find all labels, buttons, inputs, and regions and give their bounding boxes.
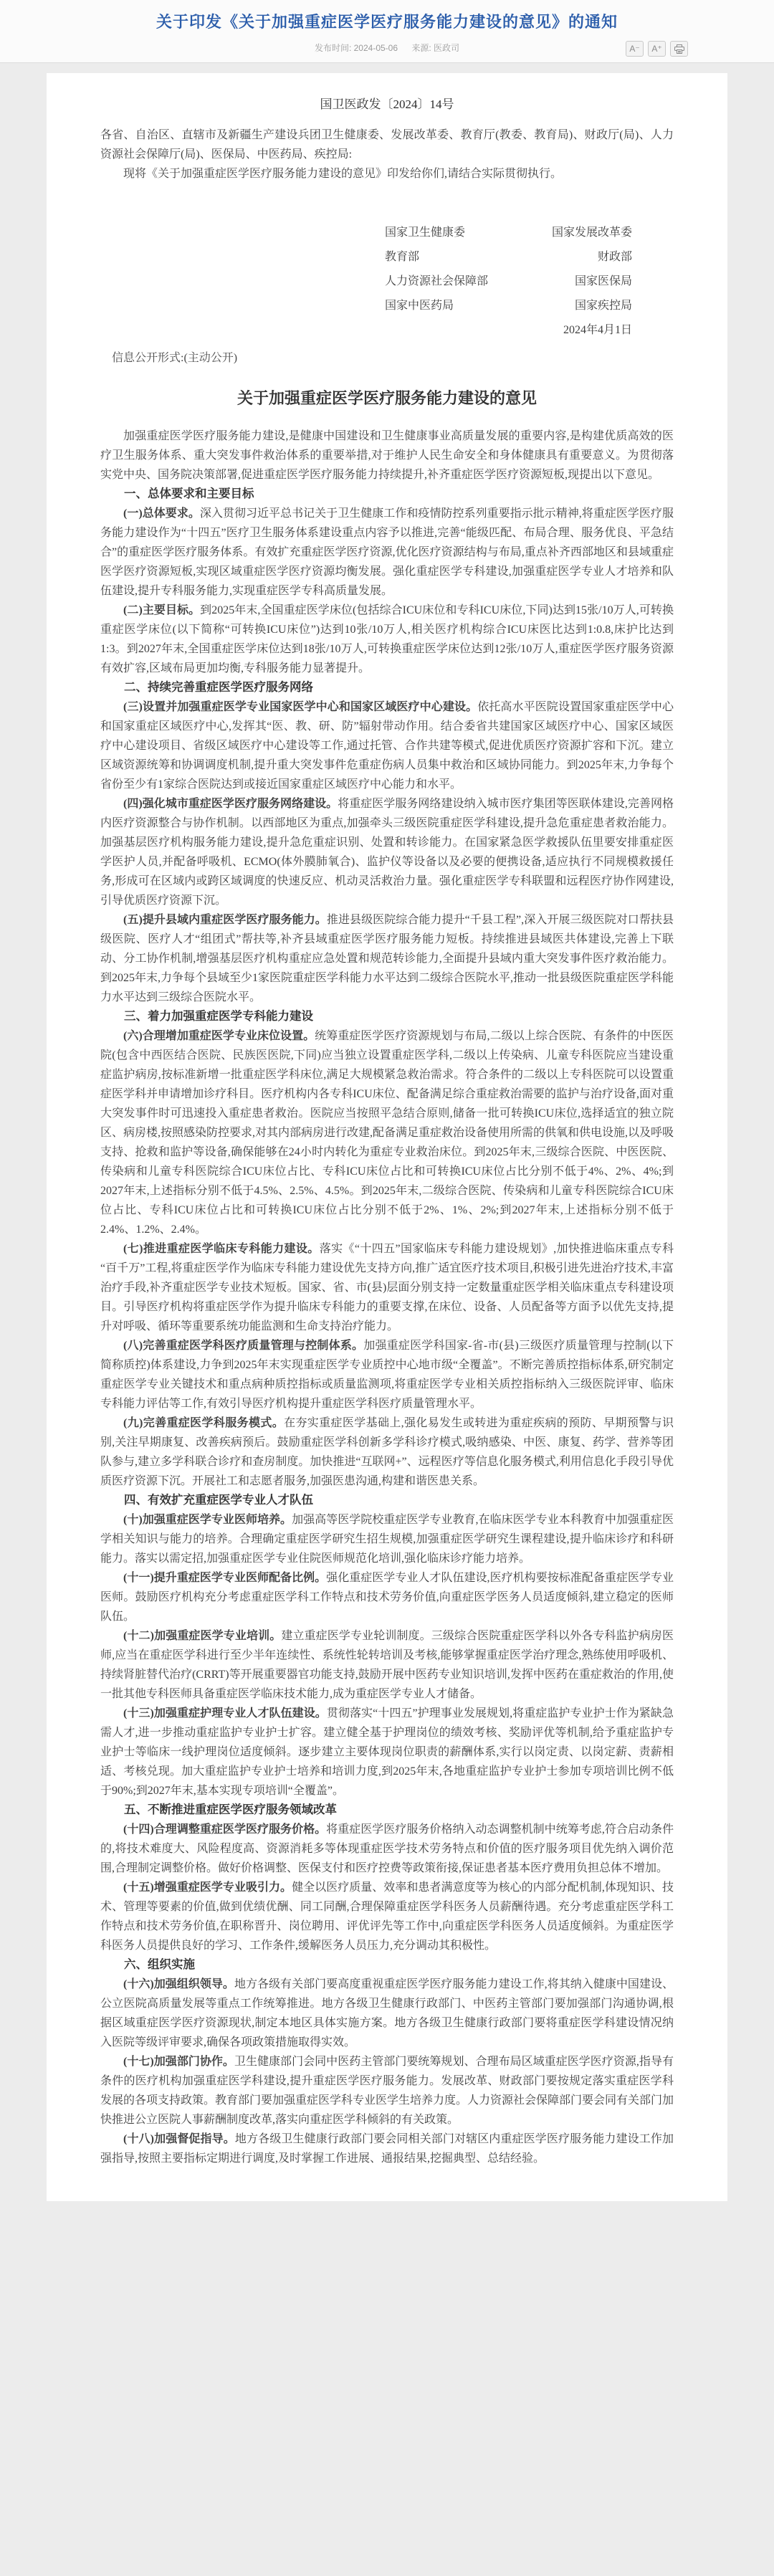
opinion-paragraph: (三)设置并加强重症医学专业国家医学中心和国家区域医疗中心建设。依托高水平医院设… (100, 697, 674, 794)
paragraph-lead: (十七)加强部门协作。 (123, 2056, 234, 2068)
section-heading: 一、总体要求和主要目标 (100, 485, 674, 504)
signature-block: 国家卫生健康委 国家发展改革委 教育部 财政部 人力资源社会保障部 国家医保局 … (385, 221, 632, 343)
signer: 国家中医药局 (385, 294, 454, 318)
paragraph-text: 贯彻落实“十四五”护理事业发展规划,将重症监护专业护士作为紧缺急需人才,进一步推… (100, 1707, 674, 1797)
paragraph-lead: (四)强化城市重症医学医疗服务网络建设。 (123, 798, 338, 810)
opinion-paragraph: (十二)加强重症医学专业培训。建立重症医学专业轮训制度。三级综合医院重症医学科以… (100, 1626, 674, 1704)
paragraph-lead: (九)完善重症医学科服务模式。 (123, 1417, 284, 1429)
opinion-paragraph: (四)强化城市重症医学医疗服务网络建设。将重症医学服务网络建设纳入城市医疗集团等… (100, 794, 674, 910)
opinion-paragraph: (十五)增强重症医学专业吸引力。健全以医疗质量、效率和患者满意度等为核心的内部分… (100, 1878, 674, 1955)
section-heading: 三、着力加强重症医学专科能力建设 (100, 1007, 674, 1026)
source-value: 医政司 (434, 43, 459, 53)
paragraph-lead: (十三)加强重症护理专业人才队伍建设。 (123, 1707, 327, 1719)
signer-row: 教育部 财政部 (385, 245, 632, 269)
opinion-paragraph: (十八)加强督促指导。地方各级卫生健康行政部门要会同相关部门对辖区内重症医学医疗… (100, 2129, 674, 2168)
opinion-intro: 加强重症医学医疗服务能力建设,是健康中国建设和卫生健康事业高质量发展的重要内容,… (100, 426, 674, 485)
paragraph-lead: (十八)加强督促指导。 (123, 2133, 235, 2145)
notice-body: 现将《关于加强重症医学医疗服务能力建设的意见》印发给你们,请结合实际贯彻执行。 (100, 164, 674, 183)
paragraph-text: 统筹重症医学医疗资源规划与布局,二级以上综合医院、有条件的中医医院(包含中西医结… (100, 1030, 674, 1236)
paragraph-text: 推进县级医院综合能力提升“千县工程”,深入开展三级医院对口帮扶县级医院、医疗人才… (100, 914, 674, 1003)
opinion-paragraph: (七)推进重症医学临床专科能力建设。落实《“十四五”国家临床专科能力建设规划》,… (100, 1239, 674, 1336)
salutation: 各省、自治区、直辖市及新疆生产建设兵团卫生健康委、发展改革委、教育厅(教委、教育… (100, 125, 674, 164)
paragraph-lead: (二)主要目标。 (123, 604, 200, 616)
print-button[interactable] (670, 41, 688, 57)
page-title: 关于印发《关于加强重症医学医疗服务能力建设的意见》的通知 (0, 11, 774, 33)
opinion-paragraph: (十)加强重症医学专业医师培养。加强高等医学院校重症医学专业教育,在临床医学专业… (100, 1510, 674, 1568)
opinion-paragraph: (十一)提升重症医学专业医师配备比例。强化重症医学专业人才队伍建设,医疗机构要按… (100, 1568, 674, 1626)
signer: 国家卫生健康委 (385, 221, 465, 245)
section-heading: 四、有效扩充重症医学专业人才队伍 (100, 1491, 674, 1510)
publish-time: 发布时间: 2024-05-06 (315, 43, 398, 53)
document-panel: 国卫医政发〔2024〕14号 各省、自治区、直辖市及新疆生产建设兵团卫生健康委、… (47, 73, 727, 2201)
signature-date: 2024年4月1日 (385, 318, 632, 343)
opinion-paragraph: (十四)合理调整重症医学医疗服务价格。将重症医学医疗服务价格纳入动态调整机制中统… (100, 1820, 674, 1878)
disclosure-line: 信息公开形式:(主动公开) (100, 348, 674, 368)
signer: 国家医保局 (575, 269, 632, 294)
page-header: 关于印发《关于加强重症医学医疗服务能力建设的意见》的通知 发布时间: 2024-… (0, 0, 774, 63)
paragraph-lead: (十六)加强组织领导。 (123, 1978, 234, 1990)
paragraph-lead: (十五)增强重症医学专业吸引力。 (123, 1881, 292, 1894)
section-heading: 五、不断推进重症医学医疗服务领域改革 (100, 1800, 674, 1820)
signer: 教育部 (385, 245, 419, 269)
paragraph-lead: (五)提升县域内重症医学医疗服务能力。 (123, 914, 327, 926)
publish-date: 2024-05-06 (354, 43, 398, 53)
opinion-paragraph: (一)总体要求。深入贯彻习近平总书记关于卫生健康工作和疫情防控系列重要指示批示精… (100, 504, 674, 601)
paragraph-lead: (三)设置并加强重症医学专业国家医学中心和国家区域医疗中心建设。 (123, 701, 477, 713)
signer: 财政部 (598, 245, 632, 269)
opinion-paragraph: (十七)加强部门协作。卫生健康部门会同中医药主管部门要统筹规划、合理布局区域重症… (100, 2052, 674, 2129)
signer: 人力资源社会保障部 (385, 269, 488, 294)
paragraph-lead: (十)加强重症医学专业医师培养。 (123, 1514, 292, 1526)
paragraph-text: 落实《“十四五”国家临床专科能力建设规划》,加快推进临床重点专科“百千万”工程,… (100, 1243, 674, 1332)
opinion-paragraph: (八)完善重症医学科医疗质量管理与控制体系。加强重症医学科国家-省-市(县)三级… (100, 1336, 674, 1413)
font-smaller-button[interactable]: A⁻ (626, 41, 644, 57)
source: 来源: 医政司 (411, 43, 459, 53)
opinion-paragraph: (十六)加强组织领导。地方各级有关部门要高度重视重症医学医疗服务能力建设工作,将… (100, 1975, 674, 2052)
paragraph-lead: (七)推进重症医学临床专科能力建设。 (123, 1243, 320, 1255)
paragraph-lead: (八)完善重症医学科医疗质量管理与控制体系。 (123, 1340, 363, 1352)
paragraph-lead: (十一)提升重症医学专业医师配备比例。 (123, 1572, 326, 1584)
opinion-paragraph: (十三)加强重症护理专业人才队伍建设。贯彻落实“十四五”护理事业发展规划,将重症… (100, 1704, 674, 1800)
paragraph-lead: (六)合理增加重症医学专业床位设置。 (123, 1030, 315, 1042)
opinion-title: 关于加强重症医学医疗服务能力建设的意见 (100, 388, 674, 409)
opinion-paragraph: (五)提升县域内重症医学医疗服务能力。推进县级医院综合能力提升“千县工程”,深入… (100, 910, 674, 1007)
printer-icon (674, 44, 684, 54)
signer-row: 国家卫生健康委 国家发展改革委 (385, 221, 632, 245)
opinion-sections: 一、总体要求和主要目标(一)总体要求。深入贯彻习近平总书记关于卫生健康工作和疫情… (100, 485, 674, 2168)
paragraph-lead: (一)总体要求。 (123, 507, 200, 520)
section-heading: 二、持续完善重症医学医疗服务网络 (100, 678, 674, 697)
document-number: 国卫医政发〔2024〕14号 (100, 95, 674, 114)
font-larger-button[interactable]: A⁺ (648, 41, 666, 57)
signer-row: 国家中医药局 国家疾控局 (385, 294, 632, 318)
paragraph-lead: (十二)加强重症医学专业培训。 (123, 1630, 281, 1642)
paragraph-lead: (十四)合理调整重症医学医疗服务价格。 (123, 1823, 326, 1836)
signer: 国家疾控局 (575, 294, 632, 318)
opinion-paragraph: (九)完善重症医学科服务模式。在夯实重症医学基础上,强化易发生或转进为重症疾病的… (100, 1413, 674, 1491)
paragraph-text: 依托高水平医院设置国家重症医学中心和国家重症区域医疗中心,发挥其“医、教、研、防… (100, 701, 674, 791)
signer-row: 人力资源社会保障部 国家医保局 (385, 269, 632, 294)
source-label: 来源: (411, 43, 431, 53)
publish-label: 发布时间: (315, 43, 351, 53)
paragraph-text: 深入贯彻习近平总书记关于卫生健康工作和疫情防控系列重要指示批示精神,将重症医学医… (100, 507, 674, 597)
section-heading: 六、组织实施 (100, 1955, 674, 1975)
opinion-paragraph: (二)主要目标。到2025年末,全国重症医学床位(包括综合ICU床位和专科ICU… (100, 601, 674, 678)
paragraph-text: 将重症医学服务网络建设纳入城市医疗集团等医联体建设,完善网格内医疗资源整合与协作… (100, 798, 674, 907)
opinion-paragraph: (六)合理增加重症医学专业床位设置。统筹重症医学医疗资源规划与布局,二级以上综合… (100, 1026, 674, 1239)
toolbar: A⁻ A⁺ (626, 41, 688, 57)
signer: 国家发展改革委 (552, 221, 632, 245)
